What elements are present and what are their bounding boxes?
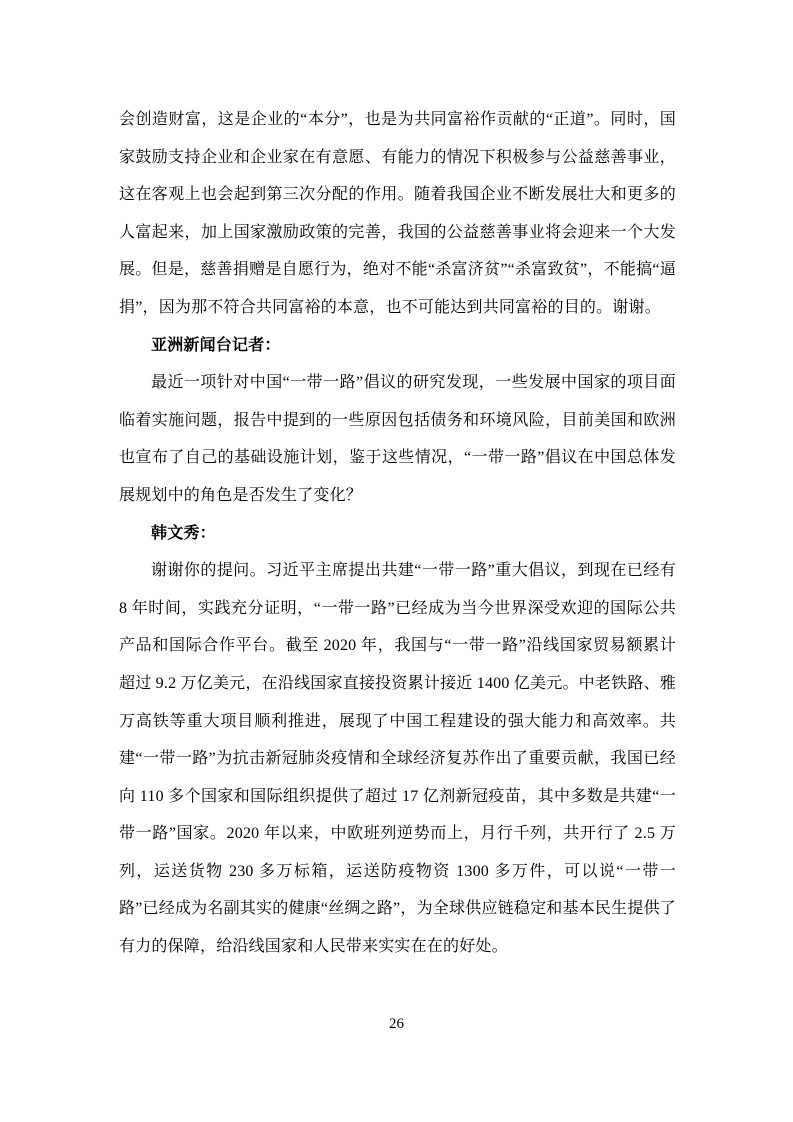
paragraph-reporter-question: 最近一项针对中国“一带一路”倡议的研究发现，一些发展中国家的项目面临着实施问题，…	[119, 364, 676, 514]
paragraph-han-wenxiu-answer: 谢谢你的提问。习近平主席提出共建“一带一路”重大倡议，到现在已经有 8 年时间，…	[119, 552, 676, 966]
document-body: 会创造财富，这是企业的“本分”，也是为共同富裕作贡献的“正道”。同时，国家鼓励支…	[119, 101, 676, 966]
speaker-heading-han-wenxiu: 韩文秀：	[119, 515, 676, 553]
document-page: 会创造财富，这是企业的“本分”，也是为共同富裕作贡献的“正道”。同时，国家鼓励支…	[0, 0, 793, 1122]
paragraph-continuation-common-prosperity: 会创造财富，这是企业的“本分”，也是为共同富裕作贡献的“正道”。同时，国家鼓励支…	[119, 101, 676, 327]
page-number: 26	[0, 1014, 793, 1034]
speaker-heading-asia-news-channel-reporter: 亚洲新闻台记者：	[119, 327, 676, 365]
